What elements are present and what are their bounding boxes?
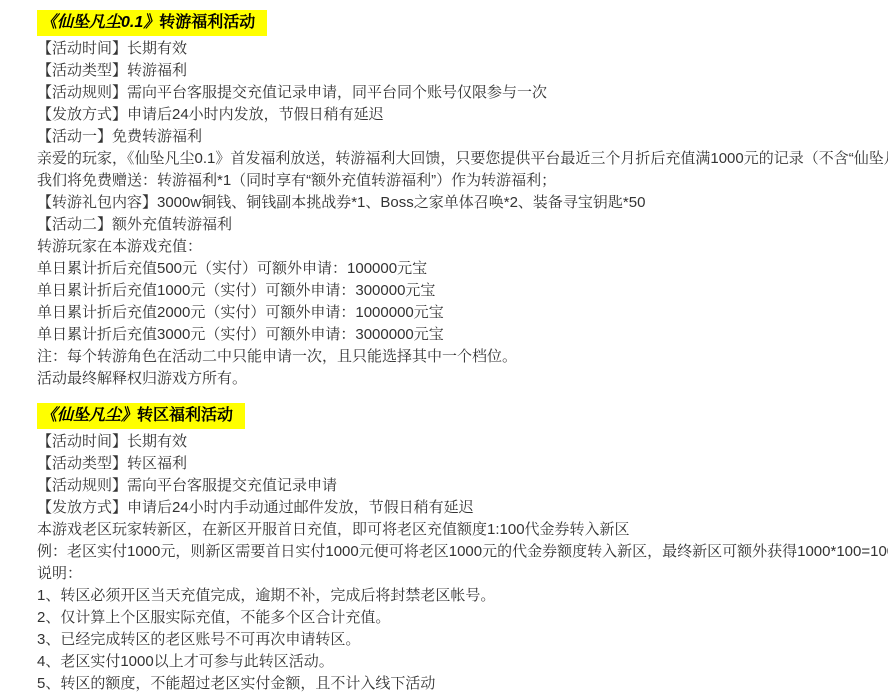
rule-item-line: 4、老区实付1000以上才可参与此转区活动。 xyxy=(37,651,888,673)
game-title-text: 《仙坠凡尘0.1》 xyxy=(41,14,159,31)
activity-time-line: 【活动时间】长期有效 xyxy=(37,38,888,60)
gift-content-line: 【转游礼包内容】3000w铜钱、铜钱副本挑战券*1、Boss之家单体召唤*2、装… xyxy=(37,192,888,214)
section-title: 《仙坠凡尘0.1》转游福利活动 xyxy=(37,10,267,36)
example-line: 例：老区实付1000元，则新区需要首日实付1000元便可将老区1000元的代金券… xyxy=(37,541,888,563)
activity-document: 《仙坠凡尘0.1》转游福利活动 【活动时间】长期有效 【活动类型】转游福利 【活… xyxy=(0,0,888,695)
text-line: 我们将免费赠送：转游福利*1（同时享有“额外充值转游福利”）作为转游福利； xyxy=(37,170,888,192)
activity-type-line: 【活动类型】转游福利 xyxy=(37,60,888,82)
text-line: 说明： xyxy=(37,563,888,585)
rule-item-line: 5、转区的额度，不能超过老区实付金额，且不计入线下活动 xyxy=(37,673,888,695)
rule-item-line: 1、转区必须开区当天充值完成，逾期不补，完成后将封禁老区帐号。 xyxy=(37,585,888,607)
recharge-tier-line: 单日累计折后充值3000元（实付）可额外申请：3000000元宝 xyxy=(37,324,888,346)
text-line: 本游戏老区玩家转新区，在新区开服首日充值，即可将老区充值额度1:100代金券转入… xyxy=(37,519,888,541)
section-title-text: 转区福利活动 xyxy=(137,407,233,424)
distribution-line: 【发放方式】申请后24小时内手动通过邮件发放，节假日稍有延迟 xyxy=(37,497,888,519)
note-line: 注：每个转游角色在活动二中只能申请一次，且只能选择其中一个档位。 xyxy=(37,346,888,368)
activity-two-line: 【活动二】额外充值转游福利 xyxy=(37,214,888,236)
activity-rule-line: 【活动规则】需向平台客服提交充值记录申请，同平台同个账号仅限参与一次 xyxy=(37,82,888,104)
game-title-text: 《仙坠凡尘》 xyxy=(41,407,137,424)
recharge-tier-line: 单日累计折后充值500元（实付）可额外申请：100000元宝 xyxy=(37,258,888,280)
text-line: 亲爱的玩家，《仙坠凡尘0.1》首发福利放送，转游福利大回馈，只要您提供平台最近三… xyxy=(37,148,888,170)
section-title: 《仙坠凡尘》转区福利活动 xyxy=(37,403,245,429)
activity-type-line: 【活动类型】转区福利 xyxy=(37,453,888,475)
activity-rule-line: 【活动规则】需向平台客服提交充值记录申请 xyxy=(37,475,888,497)
rule-item-line: 3、已经完成转区的老区账号不可再次申请转区。 xyxy=(37,629,888,651)
section-title-text: 转游福利活动 xyxy=(159,14,255,31)
recharge-tier-line: 单日累计折后充值1000元（实付）可额外申请：300000元宝 xyxy=(37,280,888,302)
section-transfer-zone: 《仙坠凡尘》转区福利活动 【活动时间】长期有效 【活动类型】转区福利 【活动规则… xyxy=(37,403,888,695)
recharge-tier-line: 单日累计折后充值2000元（实付）可额外申请：1000000元宝 xyxy=(37,302,888,324)
activity-one-line: 【活动一】免费转游福利 xyxy=(37,126,888,148)
activity-time-line: 【活动时间】长期有效 xyxy=(37,431,888,453)
rule-item-line: 2、仅计算上个区服实际充值，不能多个区合计充值。 xyxy=(37,607,888,629)
text-line: 转游玩家在本游戏充值： xyxy=(37,236,888,258)
distribution-line: 【发放方式】申请后24小时内发放，节假日稍有延迟 xyxy=(37,104,888,126)
disclaimer-line: 活动最终解释权归游戏方所有。 xyxy=(37,368,888,390)
section-transfer-game: 《仙坠凡尘0.1》转游福利活动 【活动时间】长期有效 【活动类型】转游福利 【活… xyxy=(37,10,888,390)
